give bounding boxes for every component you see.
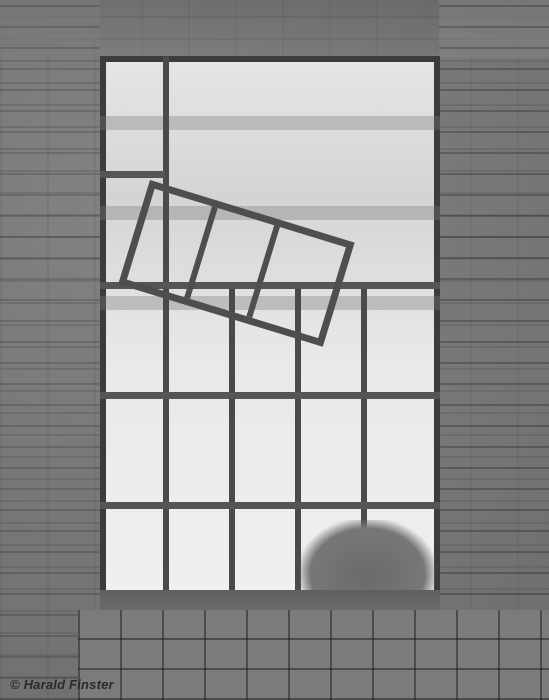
- window-mullion: [229, 286, 235, 612]
- window-mullion: [163, 56, 169, 612]
- window-transom: [100, 392, 440, 399]
- background-beam: [100, 116, 440, 130]
- brick-wall-left: [0, 0, 100, 700]
- brick-wall-right: [439, 0, 549, 700]
- window-transom: [100, 502, 440, 509]
- photograph: © Harald Finster: [0, 0, 549, 700]
- brick-sill-wall: [78, 610, 549, 700]
- copyright-watermark: © Harald Finster: [10, 677, 114, 692]
- window-transom: [100, 171, 165, 178]
